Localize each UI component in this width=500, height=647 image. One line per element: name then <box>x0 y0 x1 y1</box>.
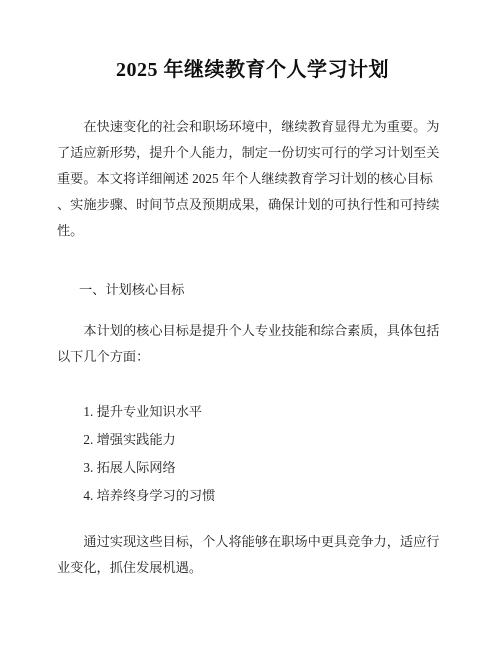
closing-paragraph: 通过实现这些目标，个人将能够在职场中更具竞争力，适应行 业变化，抓住发展机遇。 <box>57 529 448 581</box>
intro-paragraph: 在快速变化的社会和职场环境中，继续教育显得尤为重要。为 了适应新形势，提升个人能… <box>57 114 448 244</box>
objectives-list: 1. 提升专业知识水平 2. 增强实践能力 3. 拓展人际网络 4. 培养终身学… <box>57 398 448 510</box>
paragraph-line: 通过实现这些目标，个人将能够在职场中更具竞争力，适应行 <box>57 529 448 555</box>
list-item: 4. 培养终身学习的习惯 <box>57 482 448 510</box>
section-heading: 一、计划核心目标 <box>57 277 448 303</box>
paragraph-line: 业变化，抓住发展机遇。 <box>57 555 448 581</box>
paragraph-line: 性。 <box>57 218 448 244</box>
paragraph-line: 本计划的核心目标是提升个人专业技能和综合素质，具体包括 <box>57 318 448 344</box>
list-item: 2. 增强实践能力 <box>57 426 448 454</box>
paragraph-line: 、实施步骤、时间节点及预期成果，确保计划的可执行性和可持续 <box>57 192 448 218</box>
document-page: 2025 年继续教育个人学习计划 在快速变化的社会和职场环境中，继续教育显得尤为… <box>0 0 500 647</box>
objectives-paragraph: 本计划的核心目标是提升个人专业技能和综合素质，具体包括 以下几个方面： <box>57 318 448 370</box>
list-item: 1. 提升专业知识水平 <box>57 398 448 426</box>
paragraph-line: 重要。本文将详细阐述 2025 年个人继续教育学习计划的核心目标 <box>57 166 448 192</box>
document-title: 2025 年继续教育个人学习计划 <box>57 56 448 84</box>
paragraph-line: 了适应新形势，提升个人能力，制定一份切实可行的学习计划至关 <box>57 140 448 166</box>
paragraph-line: 以下几个方面： <box>57 344 448 370</box>
list-item: 3. 拓展人际网络 <box>57 454 448 482</box>
section-heading-block: 一、计划核心目标 <box>57 277 448 303</box>
document-content: 2025 年继续教育个人学习计划 在快速变化的社会和职场环境中，继续教育显得尤为… <box>0 56 500 581</box>
paragraph-line: 在快速变化的社会和职场环境中，继续教育显得尤为重要。为 <box>57 114 448 140</box>
